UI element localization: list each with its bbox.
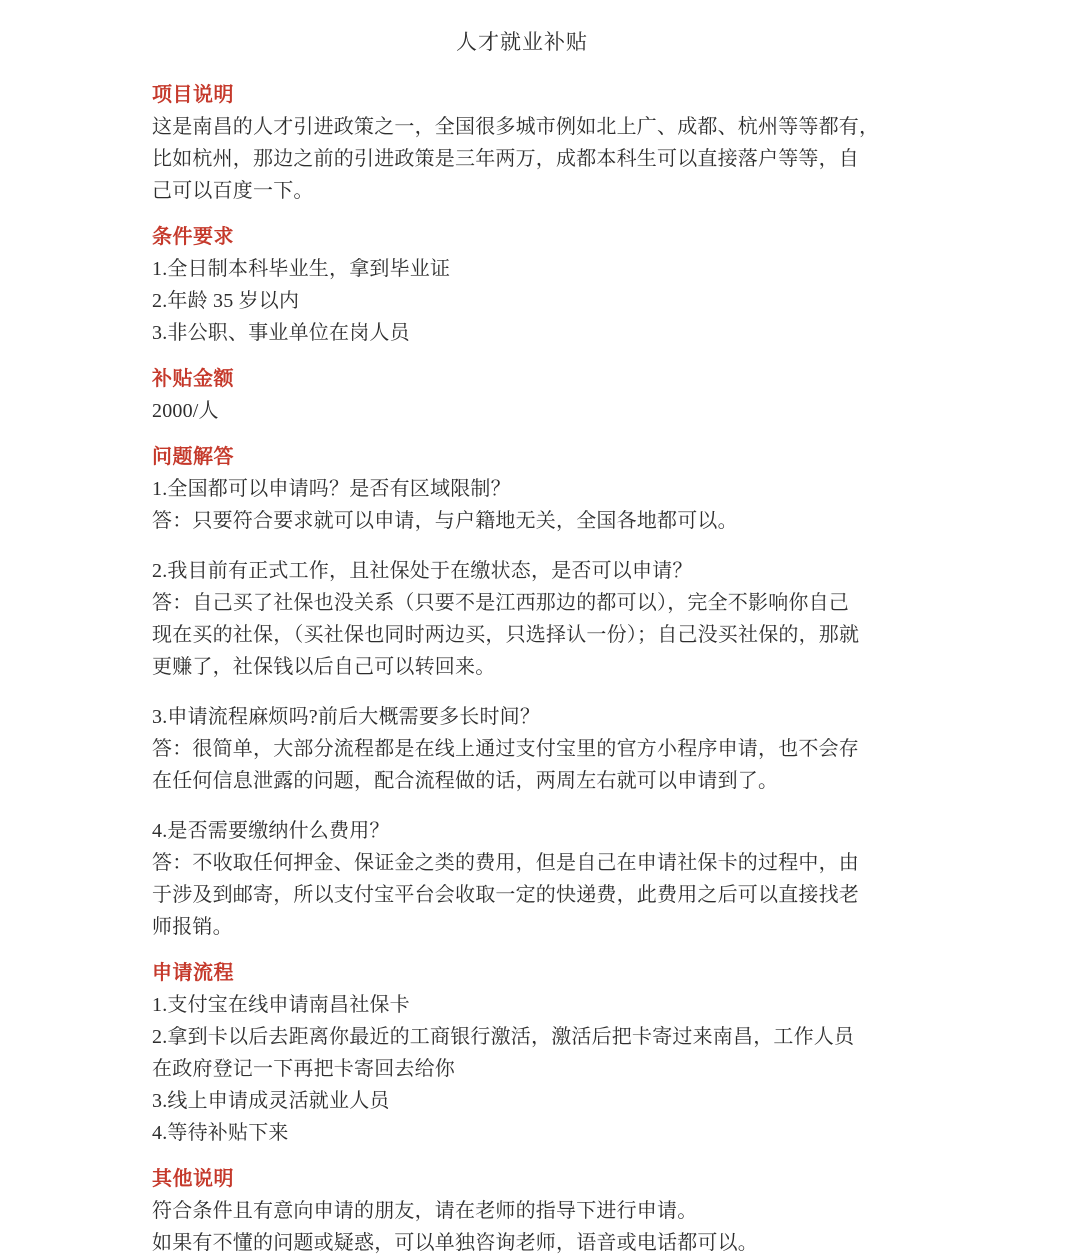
text-line: 答：只要符合要求就可以申请，与户籍地无关，全国各地都可以。 bbox=[152, 505, 932, 537]
section-heading-subsidy-amount: 补贴金额 bbox=[152, 363, 932, 395]
text-line: 4.等待补贴下来 bbox=[152, 1117, 932, 1149]
text-line: 2000/人 bbox=[152, 395, 932, 427]
document-content: 人才就业补贴 项目说明这是南昌的人才引进政策之一，全国很多城市例如北上广、成都、… bbox=[152, 26, 932, 1259]
paragraph: 1.全国都可以申请吗？是否有区域限制？答：只要符合要求就可以申请，与户籍地无关，… bbox=[152, 473, 932, 537]
section-heading-application-process: 申请流程 bbox=[152, 957, 932, 989]
text-line: 在任何信息泄露的问题，配合流程做的话，两周左右就可以申请到了。 bbox=[152, 765, 932, 797]
paragraph: 这是南昌的人才引进政策之一，全国很多城市例如北上广、成都、杭州等等都有，比如杭州… bbox=[152, 111, 932, 207]
paragraph: 4.是否需要缴纳什么费用？答：不收取任何押金、保证金之类的费用，但是自己在申请社… bbox=[152, 815, 932, 943]
text-line: 1.全日制本科毕业生，拿到毕业证 bbox=[152, 253, 932, 285]
section-other-notes: 其他说明符合条件且有意向申请的朋友，请在老师的指导下进行申请。如果有不懂的问题或… bbox=[152, 1163, 932, 1259]
text-line: 4.是否需要缴纳什么费用？ bbox=[152, 815, 932, 847]
text-line: 2.我目前有正式工作，且社保处于在缴状态，是否可以申请？ bbox=[152, 555, 932, 587]
text-line: 3.线上申请成灵活就业人员 bbox=[152, 1085, 932, 1117]
section-project-description: 项目说明这是南昌的人才引进政策之一，全国很多城市例如北上广、成都、杭州等等都有，… bbox=[152, 79, 932, 207]
paragraph: 2000/人 bbox=[152, 395, 932, 427]
paragraph: 符合条件且有意向申请的朋友，请在老师的指导下进行申请。如果有不懂的问题或疑惑，可… bbox=[152, 1195, 932, 1259]
text-line: 1.全国都可以申请吗？是否有区域限制？ bbox=[152, 473, 932, 505]
paragraph: 3.申请流程麻烦吗?前后大概需要多长时间？答：很简单，大部分流程都是在线上通过支… bbox=[152, 701, 932, 797]
text-line: 于涉及到邮寄，所以支付宝平台会收取一定的快递费，此费用之后可以直接找老 bbox=[152, 879, 932, 911]
text-line: 比如杭州，那边之前的引进政策是三年两万，成都本科生可以直接落户等等，自 bbox=[152, 143, 932, 175]
paragraph: 1.全日制本科毕业生，拿到毕业证2.年龄 35 岁以内3.非公职、事业单位在岗人… bbox=[152, 253, 932, 349]
section-heading-question-answers: 问题解答 bbox=[152, 441, 932, 473]
document-page: 人才就业补贴 项目说明这是南昌的人才引进政策之一，全国很多城市例如北上广、成都、… bbox=[0, 0, 1080, 1259]
section-heading-requirements: 条件要求 bbox=[152, 221, 932, 253]
section-heading-other-notes: 其他说明 bbox=[152, 1163, 932, 1195]
document-title: 人才就业补贴 bbox=[152, 26, 892, 58]
text-line: 现在买的社保，（买社保也同时两边买，只选择认一份）；自己没买社保的，那就 bbox=[152, 619, 932, 651]
section-application-process: 申请流程1.支付宝在线申请南昌社保卡2.拿到卡以后去距离你最近的工商银行激活，激… bbox=[152, 957, 932, 1149]
text-line: 2.拿到卡以后去距离你最近的工商银行激活，激活后把卡寄过来南昌，工作人员 bbox=[152, 1021, 932, 1053]
text-line: 3.申请流程麻烦吗?前后大概需要多长时间？ bbox=[152, 701, 932, 733]
text-line: 如果有不懂的问题或疑惑，可以单独咨询老师，语音或电话都可以。 bbox=[152, 1227, 932, 1259]
section-question-answers: 问题解答1.全国都可以申请吗？是否有区域限制？答：只要符合要求就可以申请，与户籍… bbox=[152, 441, 932, 943]
text-line: 答：自己买了社保也没关系（只要不是江西那边的都可以），完全不影响你自己 bbox=[152, 587, 932, 619]
text-line: 答：不收取任何押金、保证金之类的费用，但是自己在申请社保卡的过程中，由 bbox=[152, 847, 932, 879]
section-heading-project-description: 项目说明 bbox=[152, 79, 932, 111]
document-body: 项目说明这是南昌的人才引进政策之一，全国很多城市例如北上广、成都、杭州等等都有，… bbox=[152, 79, 932, 1259]
section-requirements: 条件要求1.全日制本科毕业生，拿到毕业证2.年龄 35 岁以内3.非公职、事业单… bbox=[152, 221, 932, 349]
text-line: 1.支付宝在线申请南昌社保卡 bbox=[152, 989, 932, 1021]
text-line: 符合条件且有意向申请的朋友，请在老师的指导下进行申请。 bbox=[152, 1195, 932, 1227]
text-line: 这是南昌的人才引进政策之一，全国很多城市例如北上广、成都、杭州等等都有， bbox=[152, 111, 932, 143]
text-line: 更赚了，社保钱以后自己可以转回来。 bbox=[152, 651, 932, 683]
paragraph: 1.支付宝在线申请南昌社保卡2.拿到卡以后去距离你最近的工商银行激活，激活后把卡… bbox=[152, 989, 932, 1149]
text-line: 答：很简单，大部分流程都是在线上通过支付宝里的官方小程序申请，也不会存 bbox=[152, 733, 932, 765]
text-line: 师报销。 bbox=[152, 911, 932, 943]
text-line: 3.非公职、事业单位在岗人员 bbox=[152, 317, 932, 349]
paragraph: 2.我目前有正式工作，且社保处于在缴状态，是否可以申请？答：自己买了社保也没关系… bbox=[152, 555, 932, 683]
text-line: 己可以百度一下。 bbox=[152, 175, 932, 207]
text-line: 在政府登记一下再把卡寄回去给你 bbox=[152, 1053, 932, 1085]
section-subsidy-amount: 补贴金额2000/人 bbox=[152, 363, 932, 427]
text-line: 2.年龄 35 岁以内 bbox=[152, 285, 932, 317]
